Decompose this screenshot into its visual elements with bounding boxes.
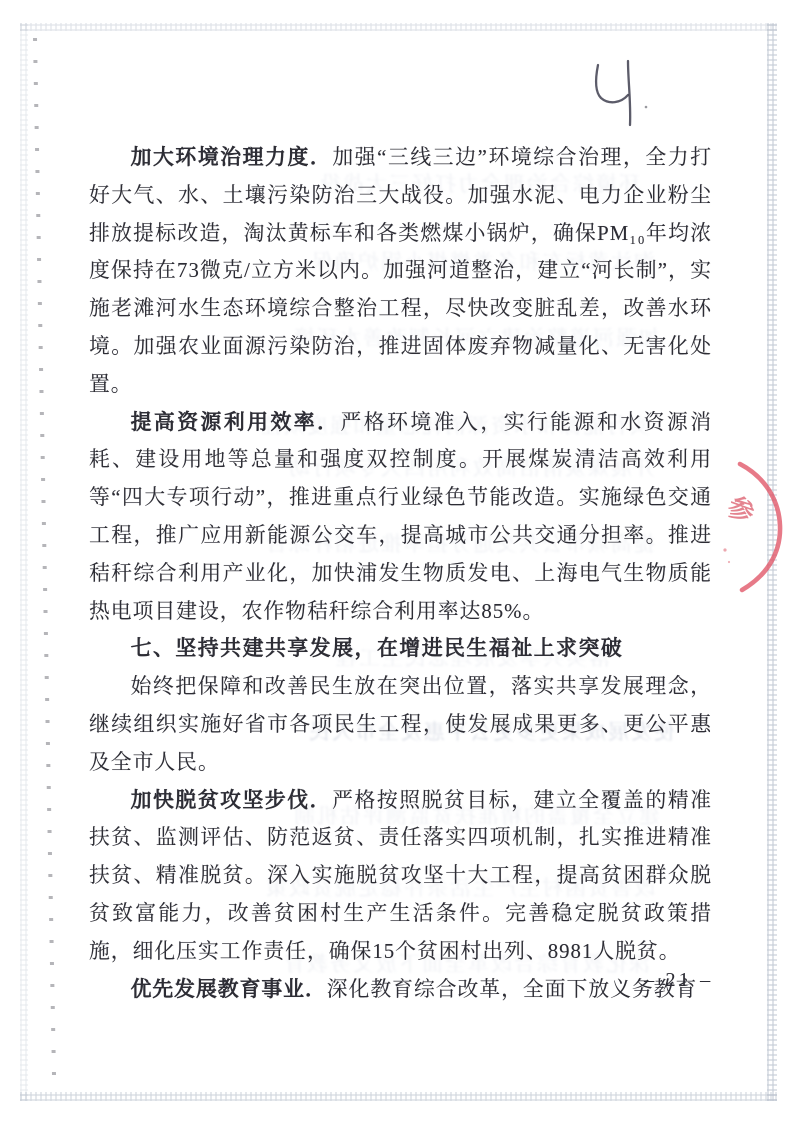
paragraph-lead: 加快脱贫攻坚步伐． (131, 789, 332, 812)
binding-specks (33, 38, 56, 1088)
handwritten-mark (583, 55, 663, 138)
handwritten-4-icon (583, 55, 663, 133)
page-number: – 21 – (644, 969, 713, 992)
seal-character: 参 (724, 492, 758, 528)
paragraph-environment: 加大环境治理力度．加强“三线三边”环境综合治理，全力打好大气、水、土壤污染防治三… (89, 139, 712, 404)
paragraph-livelihood: 始终把保障和改善民生放在突出位置，落实共享发展理念，继续组织实施好省市各项民生工… (89, 668, 712, 781)
document-body: 加大环境治理力度．加强“三线三边”环境综合治理，全力打好大气、水、土壤污染防治三… (89, 139, 712, 1008)
paragraph-lead: 提高资源利用效率． (131, 411, 341, 434)
paragraph-poverty-alleviation: 加快脱贫攻坚步伐．严格按照脱贫目标，建立全覆盖的精准扶贫、监测评估、防范返贫、责… (89, 782, 712, 971)
scan-frame-bottom-edge (20, 1092, 777, 1101)
paragraph-resource-efficiency: 提高资源利用效率．严格环境准入，实行能源和水资源消耗、建设用地等总量和强度双控制… (89, 404, 712, 631)
paragraph-education: 优先发展教育事业．深化教育综合改革，全面下放义务教育 (89, 971, 712, 1009)
paragraph-text: 深化教育综合改革，全面下放义务教育 (327, 978, 698, 1001)
paragraph-lead: 优先发展教育事业． (131, 978, 327, 1001)
paragraph-lead: 加大环境治理力度． (131, 146, 333, 169)
red-seal: 参 (716, 458, 793, 603)
paragraph-text: 严格环境准入，实行能源和水资源消耗、建设用地等总量和强度双控制度。开展煤炭清洁高… (89, 411, 712, 623)
section-heading-seven: 七、坚持共建共享发展，在增进民生福祉上求突破 (89, 630, 712, 668)
red-seal-icon: 参 (716, 458, 793, 598)
paragraph-text: 严格按照脱贫目标，建立全覆盖的精准扶贫、监测评估、防范返贫、责任落实四项机制，扎… (89, 789, 712, 963)
scanned-document-page: { "doc": { "p1": { "lead": "加大环境治理力度．", … (0, 0, 793, 1122)
paragraph-text: 始终把保障和改善民生放在突出位置，落实共享发展理念，继续组织实施好省市各项民生工… (89, 675, 712, 774)
scan-frame-left-edge (20, 23, 28, 1101)
scan-frame-top-edge (20, 23, 777, 31)
paragraph-text: 加强“三线三边”环境综合治理，全力打好大气、水、土壤污染防治三大战役。加强水泥、… (89, 146, 712, 396)
